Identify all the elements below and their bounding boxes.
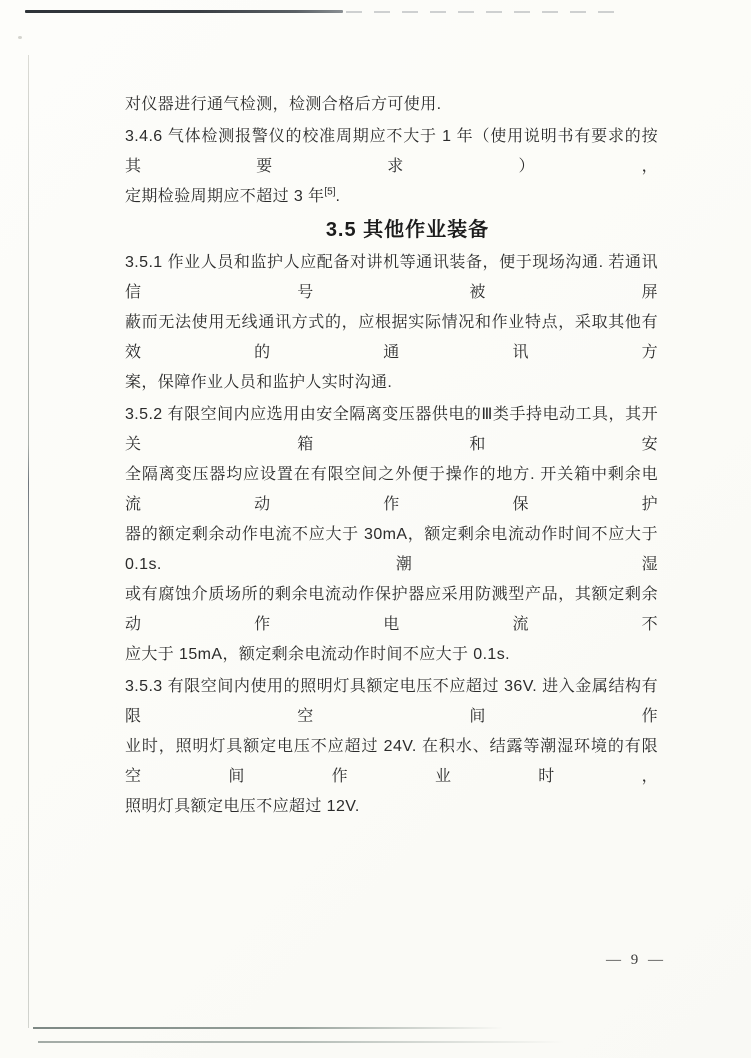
scan-artifact-bottom-line-upper <box>33 1027 503 1029</box>
section-heading-3-5: 3.5 其他作业装备 <box>141 215 674 245</box>
paragraph-3-4-6: 3.4.6 气体检测报警仪的校准周期应不大于 1 年（使用说明书有要求的按其要求… <box>125 122 658 212</box>
clause-period: . <box>336 188 341 205</box>
paragraph-carryover: 对仪器进行通气检测，检测合格后方可使用. <box>125 90 658 120</box>
scan-artifact-top-line <box>25 10 343 13</box>
scanned-page: 对仪器进行通气检测，检测合格后方可使用. 3.4.6 气体检测报警仪的校准周期应… <box>0 0 751 1058</box>
text-line: 3.4.6 气体检测报警仪的校准周期应不大于 1 年（使用说明书有要求的按其要求… <box>125 122 658 182</box>
page-number: — 9 — <box>566 952 706 969</box>
text-line: 器的额定剩余动作电流不应大于 30mA，额定剩余电流动作时间不应大于 0.1s.… <box>125 520 658 580</box>
text-line: 定期检验周期应不超过 3 年[5]. <box>125 182 658 212</box>
text-line: 3.5.2 有限空间内应选用由安全隔离变压器供电的Ⅲ类手持电动工具，其开关箱和安 <box>125 400 658 460</box>
scan-artifact-smudge <box>18 36 22 39</box>
text-line: 照明灯具额定电压不应超过 12V. <box>125 792 658 822</box>
citation-superscript: [5] <box>324 187 335 198</box>
text-line: 3.5.3 有限空间内使用的照明灯具额定电压不应超过 36V. 进入金属结构有限… <box>125 672 658 732</box>
text-line: 或有腐蚀介质场所的剩余电流动作保护器应采用防溅型产品，其额定剩余动作电流不 <box>125 580 658 640</box>
text-line: 案，保障作业人员和监护人实时沟通. <box>125 368 658 398</box>
clause-text: 定期检验周期应不超过 3 年 <box>125 188 324 205</box>
paragraph-3-5-1: 3.5.1 作业人员和监护人应配备对讲机等通讯装备，便于现场沟通. 若通讯信号被… <box>125 248 658 398</box>
scan-artifact-left-rule <box>28 55 29 1028</box>
text-line: 3.5.1 作业人员和监护人应配备对讲机等通讯装备，便于现场沟通. 若通讯信号被… <box>125 248 658 308</box>
scan-artifact-top-line-fade <box>346 11 616 13</box>
text-line: 蔽而无法使用无线通讯方式的，应根据实际情况和作业特点，采取其他有效的通讯方 <box>125 308 658 368</box>
scan-artifact-bottom-line-lower <box>38 1041 563 1043</box>
paragraph-3-5-3: 3.5.3 有限空间内使用的照明灯具额定电压不应超过 36V. 进入金属结构有限… <box>125 672 658 822</box>
document-body: 对仪器进行通气检测，检测合格后方可使用. 3.4.6 气体检测报警仪的校准周期应… <box>125 90 658 824</box>
text-line: 业时，照明灯具额定电压不应超过 24V. 在积水、结露等潮湿环境的有限空间作业时… <box>125 732 658 792</box>
text-line: 应大于 15mA，额定剩余电流动作时间不应大于 0.1s. <box>125 640 658 670</box>
paragraph-3-5-2: 3.5.2 有限空间内应选用由安全隔离变压器供电的Ⅲ类手持电动工具，其开关箱和安… <box>125 400 658 670</box>
text-line: 对仪器进行通气检测，检测合格后方可使用. <box>125 90 658 120</box>
text-line: 全隔离变压器均应设置在有限空间之外便于操作的地方. 开关箱中剩余电流动作保护 <box>125 460 658 520</box>
